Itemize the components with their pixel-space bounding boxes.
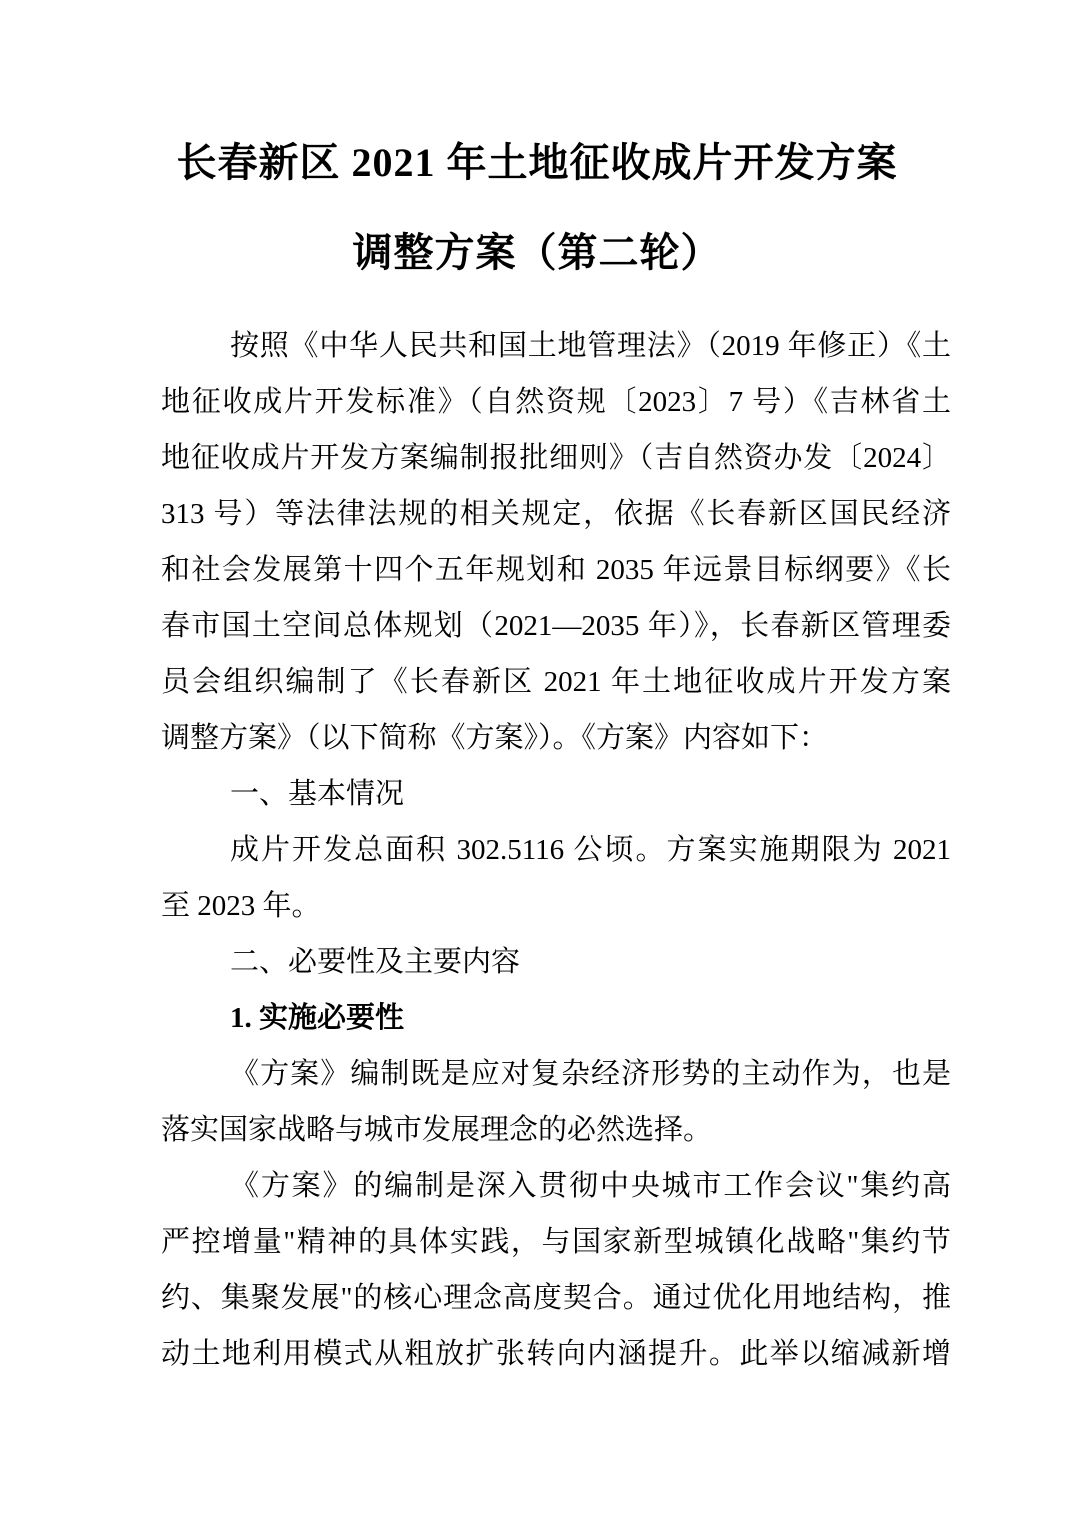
- document-page: 长春新区 2021 年土地征收成片开发方案 调整方案（第二轮） 按照《中华人民共…: [0, 0, 1074, 1520]
- body-line-14: 《方案》编制既是应对复杂经济形势的主动作为，也是: [161, 1046, 951, 1102]
- body-line-15: 落实国家战略与城市发展理念的必然选择。: [161, 1102, 951, 1158]
- body-line-10: 成片开发总面积 302.5116 公顷。方案实施期限为 2021: [161, 822, 951, 878]
- body-line-11: 至 2023 年。: [161, 878, 951, 934]
- body-line-19: 动土地利用模式从粗放扩张转向内涵提升。此举以缩减新增: [161, 1326, 951, 1382]
- body-line-3: 地征收成片开发方案编制报批细则》（吉自然资办发〔2024〕: [161, 430, 951, 486]
- document-body: 按照《中华人民共和国土地管理法》（2019 年修正）《土 地征收成片开发标准》（…: [0, 318, 1074, 1382]
- body-line-17: 严控增量"精神的具体实践，与国家新型城镇化战略"集约节: [161, 1214, 951, 1270]
- body-line-1: 按照《中华人民共和国土地管理法》（2019 年修正）《土: [161, 318, 951, 374]
- body-line-2: 地征收成片开发标准》（自然资规〔2023〕7 号）《吉林省土: [161, 374, 951, 430]
- body-line-18: 约、集聚发展"的核心理念高度契合。通过优化用地结构，推: [161, 1270, 951, 1326]
- document-title-line-2: 调整方案（第二轮）: [0, 222, 1074, 284]
- section-heading-1: 一、基本情况: [161, 766, 951, 822]
- body-line-7: 员会组织编制了《长春新区 2021 年土地征收成片开发方案: [161, 654, 951, 710]
- body-line-16: 《方案》的编制是深入贯彻中央城市工作会议"集约高效、: [161, 1158, 951, 1214]
- subsection-heading-1: 1. 实施必要性: [161, 990, 951, 1046]
- document-title-line-1: 长春新区 2021 年土地征收成片开发方案: [0, 132, 1074, 194]
- body-line-4: 313 号）等法律法规的相关规定，依据《长春新区国民经济: [161, 486, 951, 542]
- section-heading-2: 二、必要性及主要内容: [161, 934, 951, 990]
- body-line-5: 和社会发展第十四个五年规划和 2035 年远景目标纲要》《长: [161, 542, 951, 598]
- body-line-6: 春市国土空间总体规划（2021—2035 年）》，长春新区管理委: [161, 598, 951, 654]
- body-line-8: 调整方案》（以下简称《方案》）。《方案》内容如下：: [161, 710, 951, 766]
- document-title: 长春新区 2021 年土地征收成片开发方案 调整方案（第二轮）: [0, 0, 1074, 284]
